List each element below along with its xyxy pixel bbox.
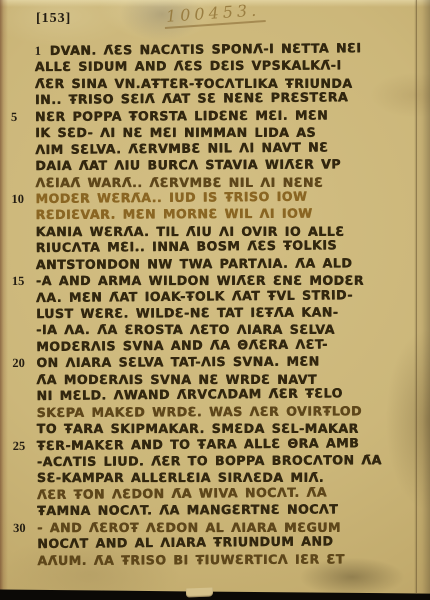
line-text: ALLƐ SIDUM AND Λ̄ƐS DƐIS VPSKALKΛ̄-I (35, 58, 342, 75)
line-text: IK SƐD- ΛI NƐ MƐI NIMMAN LIDA AS (35, 125, 316, 140)
line-text: ΛIM SƐLVA. Λ̄ƐRVMBƐ NIL ΛI NAVT NƐ (35, 139, 328, 157)
line-text: ŦƐR-MAKƐR AND TO ŦARA ALLƐ ΘRA AMB (37, 435, 360, 453)
line-text: NI MƐLD. ΛWAND Λ̄RVCΛDAM Λ̄ƐR ŦƐLO (36, 385, 342, 403)
line-text: DAIA Λ̄AT ΛIU BURCΛ STAVIA WIΛ̄ƐR VP (35, 156, 341, 173)
line-number: 20 (0, 356, 36, 371)
line-text: AΛ̄UM. Λ̄A ŦRISO BI ŦIUWƐRTICΛ IƐR ƐT (37, 551, 345, 568)
line-text: SƐ-KAMPAR ALLƐRLƐIA SIRΛƐDA MIΛ̄. (37, 470, 324, 485)
line-text: TO ŦARA SKIPMAKAR. SMƐDA SƐL-MAKAR (37, 421, 359, 436)
line-text: Λ̄ƐR SINA VN.AŦTƐR-ŦOCΛTLIKA ŦRIUNDA (35, 76, 353, 91)
line-text: NOCΛT AND AL ΛIARA ŦRIUNDUM AND (37, 533, 333, 551)
line-text: - AND Λ̄ƐROŦ ΛƐDON AL ΛIARA MƐGUM (37, 519, 341, 534)
line-text: ANTSTONDON NW TWA PARTΛIA. Λ̄A ALD (36, 255, 353, 272)
line-text: ŦAMNA NOCΛT. Λ̄A MANGƐRTNƐ NOCΛT (37, 502, 338, 519)
line-text: DVAN. Λ̄ƐS NACΛTIS SPONΛ̄-I NƐTTA NƐI (50, 40, 362, 58)
line-number: 5 (0, 110, 35, 125)
line-text: LUST WƐRƐ. WILDƐ-NƐ TAT IƐŦΛ̄A KAN- (36, 304, 338, 321)
manuscript-line: AΛ̄UM. Λ̄A ŦRISO BI ŦIUWƐRTICΛ IƐR ƐT (1, 550, 425, 569)
line-text: KANIA WƐRΛ̄A. TIL Λ̄IU ΛI OVIR IO ALLƐ (36, 223, 345, 238)
line-text: -A AND ARMA WILDON WIΛ̄ƐR ƐNƐ MODƐR (36, 273, 364, 288)
line-text: ON ΛIARA SƐLVA TAT-ΛIS SVNA. MƐN (36, 354, 319, 370)
torn-page-corner (186, 588, 213, 598)
manuscript-scan: [153] 100453. 1DVAN. Λ̄ƐS NACΛTIS SPONΛ̄… (0, 0, 430, 600)
line-number: 30 (1, 521, 37, 536)
line-number: 25 (1, 438, 37, 453)
line-text: IN.. ŦRISO SƐIΛ̄ Λ̄AT SƐ NƐNƐ PRƐSTƐRA (35, 90, 348, 108)
line-text: -IA ΛA. Λ̄A ƐROSTA ΛƐTO ΛIARA SƐLVA (36, 322, 335, 337)
line-text: MODƐRΛIS SVNA AND Λ̄A ΘΛ̄ƐRA ΛƐT- (36, 336, 328, 354)
line-text: Λ̄ƐR ŦON ΛƐDON Λ̄A WIVA NOCΛT. Λ̄A (37, 484, 327, 502)
line-number: 10 (0, 192, 35, 207)
line-text: -ACΛTIS LIUD. Λ̄ƐR TO BOPPA BROCΛTON Λ̄A (37, 452, 382, 469)
manuscript-line: 15-A AND ARMA WILDON WIΛ̄ƐR ƐNƐ MODƐR (0, 271, 424, 290)
line-text: RIUCΛTA MƐI.. INNA BOSM Λ̄ƐS ŦOLKIS (36, 238, 337, 256)
line-text: Λ̄A MODƐRΛIS SVNA NƐ WRDƐ NAVT (36, 371, 317, 386)
line-text: ΛA. MƐN Λ̄AT IOAK-ŦOLK Λ̄AT ŦVL STRID- (36, 287, 353, 305)
line-text: NƐR POPPA ŦORSTA LIDƐNƐ MƐI. MƐN (35, 107, 328, 124)
line-number: 1 (0, 44, 50, 59)
line-text: SKƐPA MAKƐD WRDƐ. WAS ΛƐR OVIRŦLOD (37, 403, 362, 420)
manuscript-text-block: 1DVAN. Λ̄ƐS NACΛTIS SPONΛ̄-I NƐTTA NƐIAL… (0, 41, 425, 569)
line-text: MODƐR WƐRΛ̄A.. IUD IS ŦRISO IOW (35, 188, 307, 205)
page-number: [153] (36, 11, 71, 27)
line-text: RƐDIƐVAR. MƐN MORNƐ WIL ΛI IOW (35, 206, 312, 222)
line-number: 15 (0, 274, 36, 289)
line-text: ΛƐIAΛ̄ WARΛ̄.. Λ̄ƐRVMBƐ NIL ΛI NƐNƐ (35, 174, 323, 189)
